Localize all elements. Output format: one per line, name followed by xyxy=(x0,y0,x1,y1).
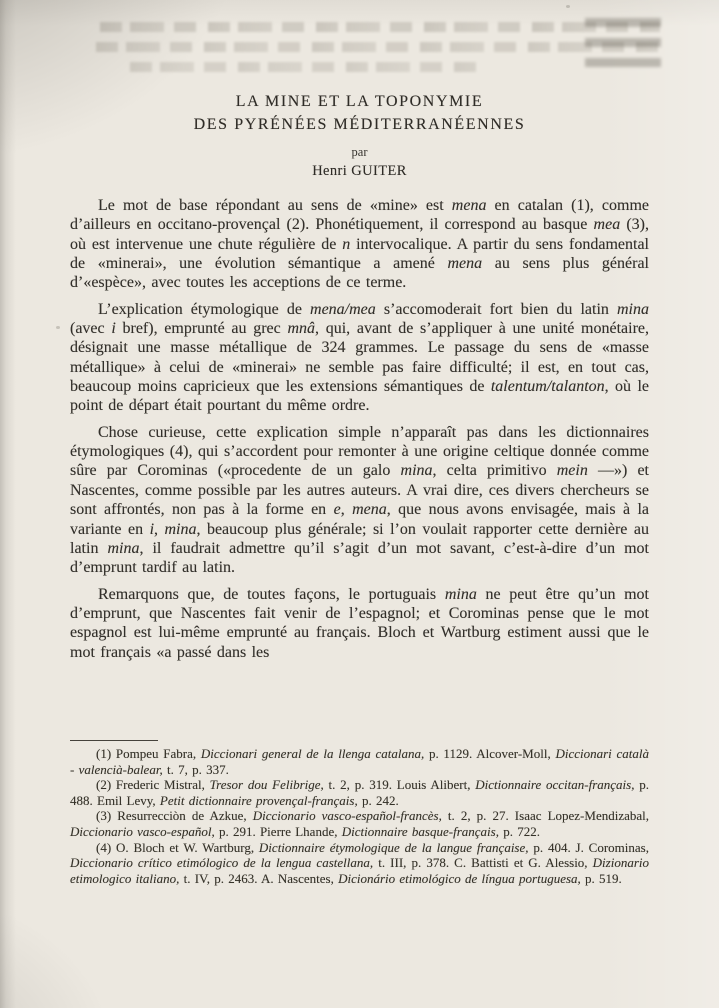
scan-speck xyxy=(566,5,570,8)
body-paragraph: Remarquons que, de toutes façons, le por… xyxy=(70,585,649,662)
author-name: Henri GUITER xyxy=(70,163,649,180)
bleedthrough-ink-cluster xyxy=(585,18,661,74)
footnote: (1) Pompeu Fabra, Diccionari general de … xyxy=(70,746,649,777)
bleedthrough-line-2 xyxy=(96,42,662,52)
byline: par xyxy=(70,145,649,160)
bleedthrough-line-3 xyxy=(130,62,480,72)
scan-speck xyxy=(56,326,60,329)
footnote: (2) Frederic Mistral, Tresor dou Felibri… xyxy=(70,777,649,808)
footnote-divider-rule xyxy=(70,740,158,741)
bleedthrough-line-1 xyxy=(100,22,660,32)
body-paragraph: L’explication étymologique de mena/mea s… xyxy=(70,300,649,416)
article-header: LA MINE ET LA TOPONYMIE DES PYRÉNÉES MÉD… xyxy=(70,91,649,180)
body-paragraph: Chose curieuse, cette explication simple… xyxy=(70,423,649,578)
article-body: Le mot de base répondant au sens de «min… xyxy=(70,196,649,669)
article-title-line-1: LA MINE ET LA TOPONYMIE xyxy=(70,91,649,114)
footnotes-block: (1) Pompeu Fabra, Diccionari general de … xyxy=(70,746,649,886)
footnote: (3) Resurrecciòn de Azkue, Diccionario v… xyxy=(70,808,649,839)
footnote: (4) O. Bloch et W. Wartburg, Dictionnair… xyxy=(70,840,649,887)
scanned-page: LA MINE ET LA TOPONYMIE DES PYRÉNÉES MÉD… xyxy=(0,0,719,1008)
article-title-line-2: DES PYRÉNÉES MÉDITERRANÉENNES xyxy=(70,114,649,137)
body-paragraph: Le mot de base répondant au sens de «min… xyxy=(70,196,649,293)
